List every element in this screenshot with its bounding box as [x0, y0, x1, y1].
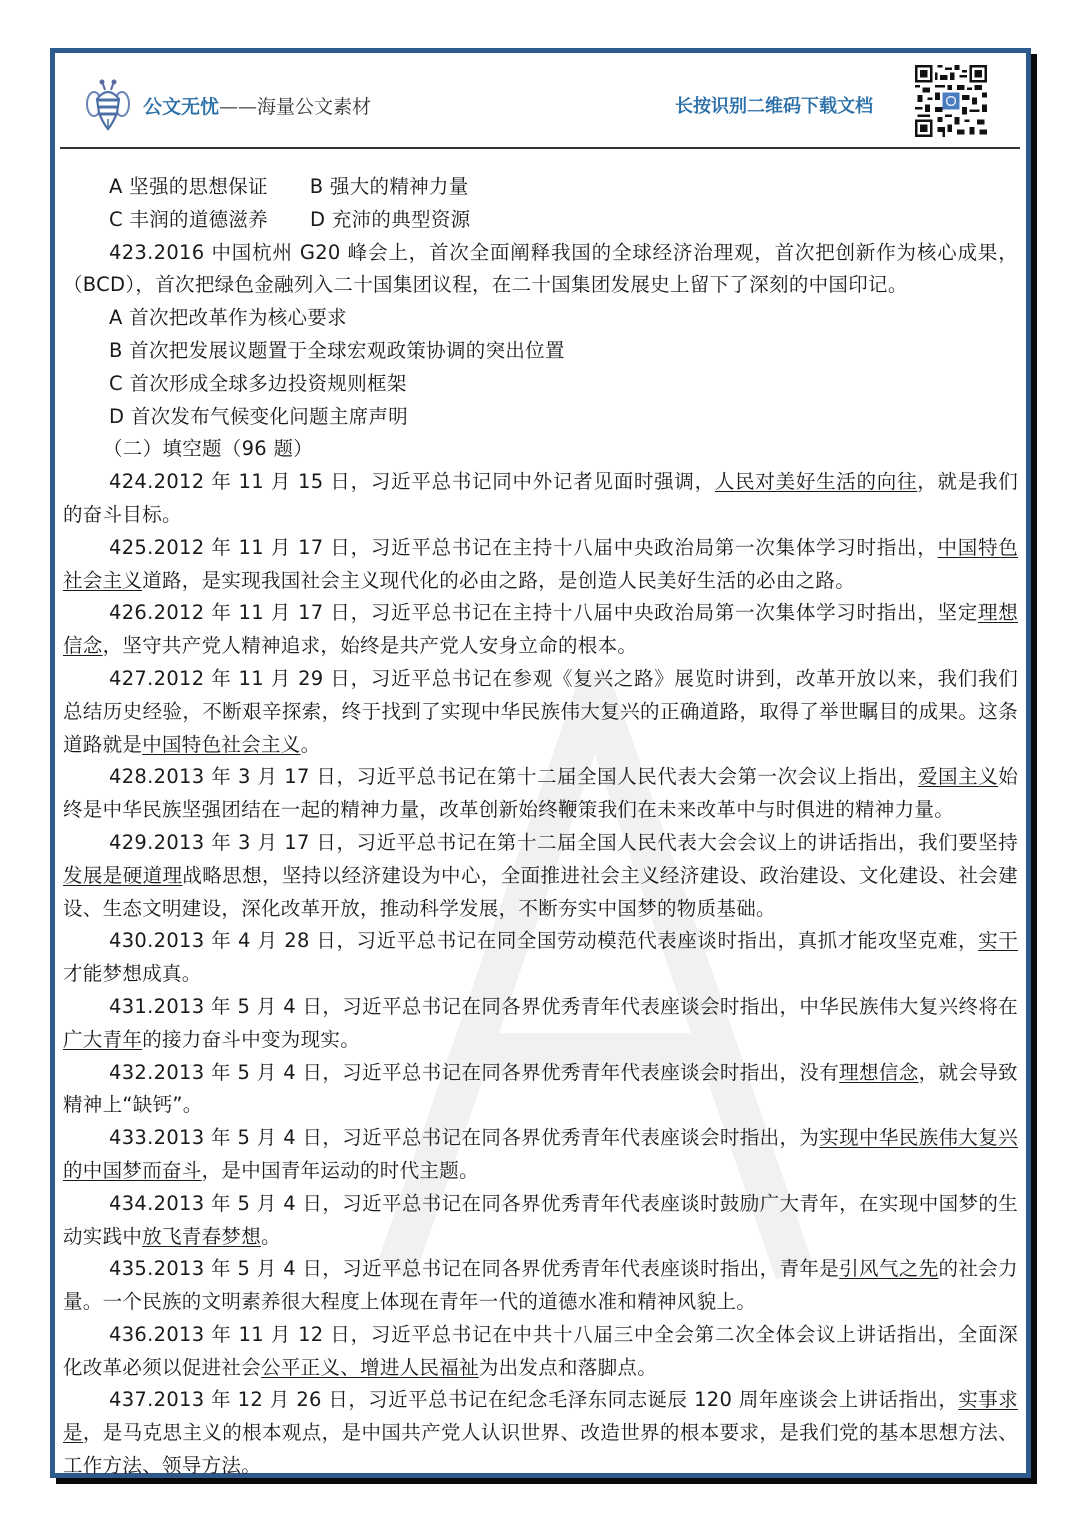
question-432: 432.2013 年 5 月 4 日，习近平总书记在同各界优秀青年代表座谈会时指…: [63, 1057, 1018, 1123]
option-b: B 强大的精神力量: [310, 171, 469, 204]
question-436: 436.2013 年 11 月 12 日，习近平总书记在中共十八届三中全会第二次…: [63, 1319, 1018, 1385]
question-text: 的接力奋斗中变为现实。: [142, 1028, 360, 1051]
qr-code-icon[interactable]: [915, 65, 987, 137]
q423-option-c: C 首次形成全球多边投资规则框架: [63, 368, 1018, 401]
question-text: 428.2013 年 3 月 17 日，习近平总书记在第十二届全国人民代表大会第…: [109, 765, 918, 788]
answer-underlined: 引风气之先: [839, 1257, 938, 1280]
bee-icon: [85, 77, 131, 133]
question-text: ，是中国青年运动的时代主题。: [202, 1159, 479, 1182]
document-body: A 坚强的思想保证B 强大的精神力量 C 丰润的道德滋养D 充沛的典型资源 42…: [63, 171, 1018, 1483]
option-c: C 丰润的道德滋养: [109, 208, 268, 231]
question-434: 434.2013 年 5 月 4 日，习近平总书记在同各界优秀青年代表座谈时鼓励…: [63, 1188, 1018, 1254]
brand-title: 公文无忧——海量公文素材: [143, 95, 371, 119]
brand-tagline: 海量公文素材: [257, 96, 371, 118]
question-text: 425.2012 年 11 月 17 日，习近平总书记在主持十八届中央政治局第一…: [109, 536, 937, 559]
answer-underlined: 广大青年: [63, 1028, 142, 1051]
question-430: 430.2013 年 4 月 28 日，习近平总书记在同全国劳动模范代表座谈时指…: [63, 925, 1018, 991]
question-424: 424.2012 年 11 月 15 日，习近平总书记同中外记者见面时强调，人民…: [63, 466, 1018, 532]
question-text: ，坚守共产党人精神追求，始终是共产党人安身立命的根本。: [103, 634, 638, 657]
answer-underlined: 公平正义、增进人民福祉: [261, 1356, 479, 1379]
question-431: 431.2013 年 5 月 4 日，习近平总书记在同各界优秀青年代表座谈会时指…: [63, 991, 1018, 1057]
question-433: 433.2013 年 5 月 4 日，习近平总书记在同各界优秀青年代表座谈会时指…: [63, 1122, 1018, 1188]
answer-underlined: 放飞青春梦想: [142, 1225, 261, 1248]
question-435: 435.2013 年 5 月 4 日，习近平总书记在同各界优秀青年代表座谈时指出…: [63, 1253, 1018, 1319]
question-425: 425.2012 年 11 月 17 日，习近平总书记在主持十八届中央政治局第一…: [63, 532, 1018, 598]
question-text: 424.2012 年 11 月 15 日，习近平总书记同中外记者见面时强调，: [109, 470, 715, 493]
question-429: 429.2013 年 3 月 17 日，习近平总书记在第十二届全国人民代表大会会…: [63, 827, 1018, 925]
document-page: 公文无忧——海量公文素材 长按识别二维码下载文档: [50, 48, 1031, 1478]
question-428: 428.2013 年 3 月 17 日，习近平总书记在第十二届全国人民代表大会第…: [63, 761, 1018, 827]
question-text: 。: [301, 733, 321, 756]
question-437: 437.2013 年 12 月 26 日，习近平总书记在纪念毛泽东同志诞辰 12…: [63, 1384, 1018, 1482]
option-d: D 充沛的典型资源: [310, 204, 470, 237]
section-heading: （二）填空题（96 题）: [63, 433, 1018, 466]
question-text: 433.2013 年 5 月 4 日，习近平总书记在同各界优秀青年代表座谈会时指…: [109, 1126, 819, 1149]
question-text: 战略思想，坚持以经济建设为中心，全面推进社会主义经济建设、政治建设、文化建设、社…: [63, 864, 1018, 920]
brand-name: 公文无忧: [143, 96, 219, 118]
question-423: 423.2016 中国杭州 G20 峰会上，首次全面阐释我国的全球经济治理观，首…: [63, 237, 1018, 303]
question-text: 道路，是实现我国社会主义现代化的必由之路，是创造人民美好生活的必由之路。: [142, 569, 855, 592]
q423-option-d: D 首次发布气候变化问题主席声明: [63, 401, 1018, 434]
question-text: 430.2013 年 4 月 28 日，习近平总书记在同全国劳动模范代表座谈时指…: [109, 929, 978, 952]
download-cta: 长按识别二维码下载文档: [675, 95, 873, 119]
answer-underlined: 爱国主义: [918, 765, 998, 788]
question-text: 431.2013 年 5 月 4 日，习近平总书记在同各界优秀青年代表座谈会时指…: [109, 995, 1018, 1018]
answer-underlined: 人民对美好生活的向往: [715, 470, 917, 493]
question-426: 426.2012 年 11 月 17 日，习近平总书记在主持十八届中央政治局第一…: [63, 597, 1018, 663]
brand-dash: ——: [219, 96, 257, 118]
question-text: ，是马克思主义的根本观点，是中国共产党人认识世界、改造世界的根本要求，是我们党的…: [63, 1421, 1018, 1477]
answer-underlined: 实干: [978, 929, 1018, 952]
answer-underlined: 中国特色社会主义: [142, 733, 300, 756]
option-row-ab: A 坚强的思想保证B 强大的精神力量: [63, 171, 1018, 204]
question-text: 为出发点和落脚点。: [479, 1356, 657, 1379]
answer-underlined: 理想信念: [839, 1061, 919, 1084]
answer-underlined: 发展是硬道理: [63, 864, 182, 887]
header-divider: [60, 147, 1020, 149]
option-a: A 坚强的思想保证: [109, 175, 268, 198]
option-row-cd: C 丰润的道德滋养D 充沛的典型资源: [63, 204, 1018, 237]
page-header: 公文无忧——海量公文素材 长按识别二维码下载文档: [55, 53, 1026, 148]
question-text: 435.2013 年 5 月 4 日，习近平总书记在同各界优秀青年代表座谈时指出…: [109, 1257, 839, 1280]
question-text: 。: [261, 1225, 281, 1248]
question-text: 才能梦想成真。: [63, 962, 202, 985]
question-427: 427.2012 年 11 月 29 日，习近平总书记在参观《复兴之路》展览时讲…: [63, 663, 1018, 761]
question-text: 437.2013 年 12 月 26 日，习近平总书记在纪念毛泽东同志诞辰 12…: [109, 1388, 958, 1411]
question-text: 429.2013 年 3 月 17 日，习近平总书记在第十二届全国人民代表大会会…: [109, 831, 1018, 854]
q423-option-a: A 首次把改革作为核心要求: [63, 302, 1018, 335]
question-text: 426.2012 年 11 月 17 日，习近平总书记在主持十八届中央政治局第一…: [109, 601, 978, 624]
question-text: 432.2013 年 5 月 4 日，习近平总书记在同各界优秀青年代表座谈会时指…: [109, 1061, 839, 1084]
q423-option-b: B 首次把发展议题置于全球宏观政策协调的突出位置: [63, 335, 1018, 368]
